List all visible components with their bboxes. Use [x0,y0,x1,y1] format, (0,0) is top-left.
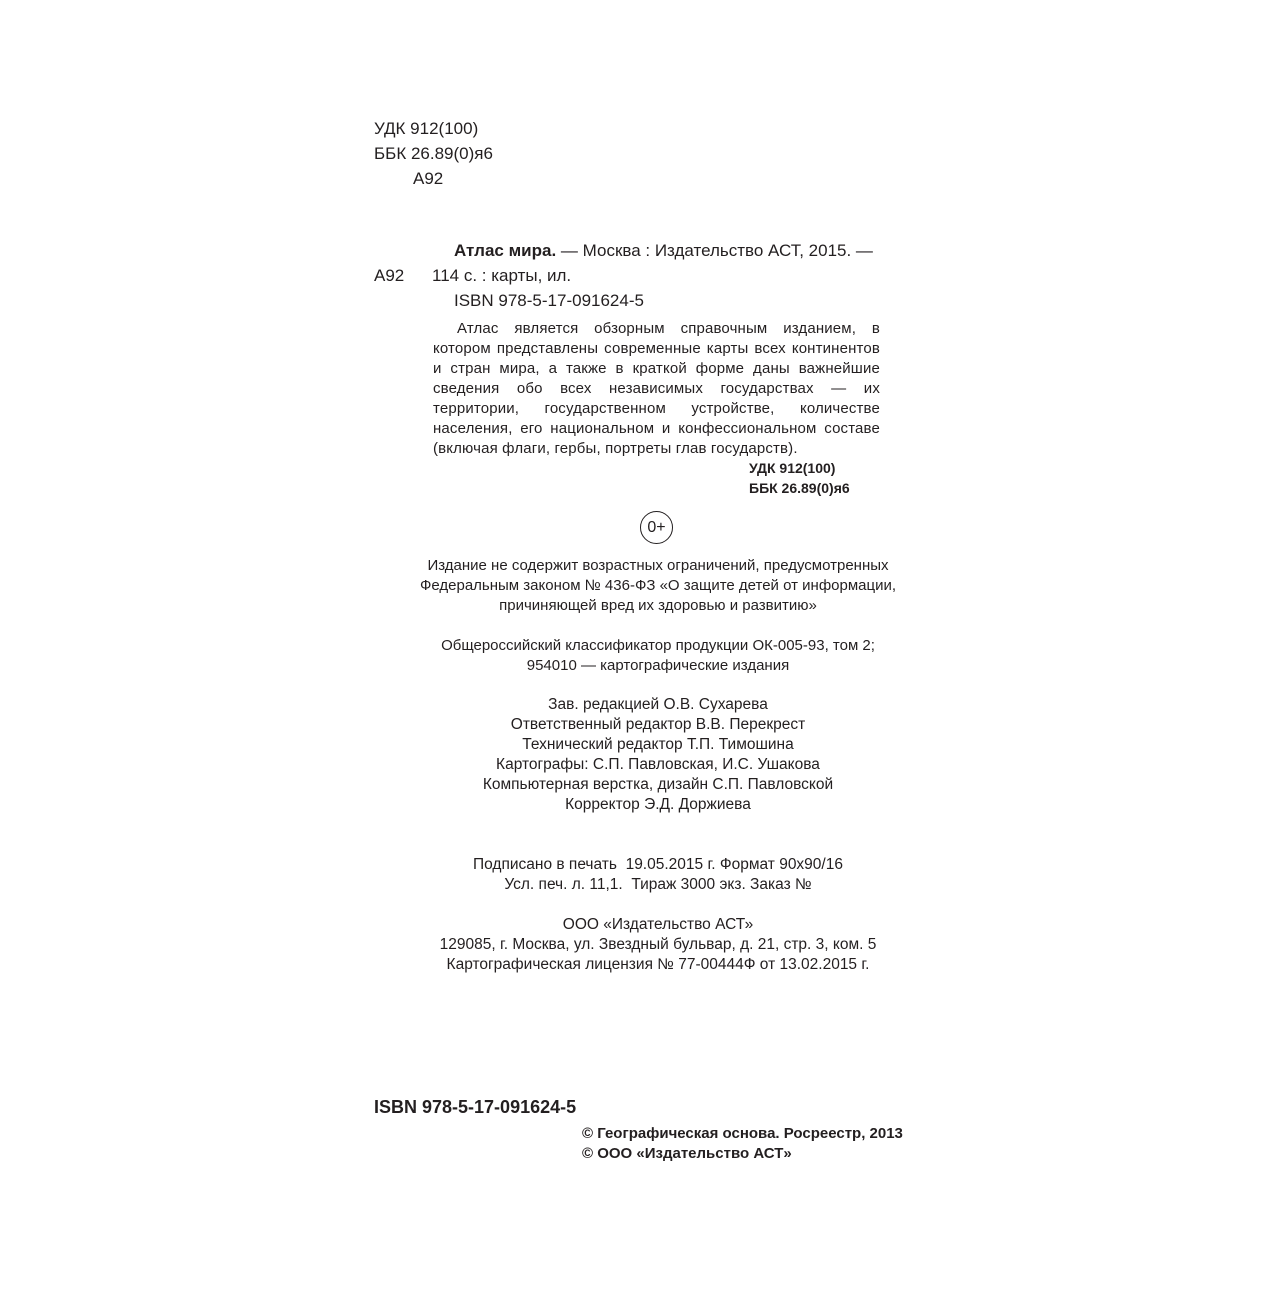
catalog-pages-line: А92 114 с. : карты, ил. [374,263,934,288]
staff-line: Картографы: С.П. Павловская, И.С. Ушаков… [0,755,1270,775]
imprint: — Москва : Издательство АСТ, 2015. — [556,241,873,260]
catalog-title-line: Атлас мира. — Москва : Издательство АСТ,… [374,238,934,263]
copyright-line: © ООО «Издательство АСТ» [582,1144,903,1164]
age-rating-label: 0+ [647,519,665,537]
abstract-bbk: ББК 26.89(0)я6 [749,478,850,498]
okp-line: Общероссийский классификатор продукции О… [0,636,1270,656]
print-info-line: Подписано в печать 19.05.2015 г. Формат … [0,855,1270,875]
publisher-name: ООО «Издательство АСТ» [0,915,1270,935]
staff-line: Зав. редакцией О.В. Сухарева [0,695,1270,715]
staff-line: Технический редактор Т.П. Тимошина [0,735,1270,755]
book-title: Атлас мира. [454,241,556,260]
okp-classifier: Общероссийский классификатор продукции О… [0,636,1270,676]
age-rating-badge: 0+ [640,511,673,544]
age-notice-line: Федеральным законом № 436-ФЗ «О защите д… [0,576,1270,596]
age-notice-line: причиняющей вред их здоровью и развитию» [0,596,1270,616]
okp-line: 954010 — картографические издания [0,656,1270,676]
staff-line: Корректор Э.Д. Доржиева [0,795,1270,815]
card-isbn: ISBN 978-5-17-091624-5 [374,288,934,313]
age-notice: Издание не содержит возрастных ограничен… [0,556,1270,616]
classification-codes: УДК 912(100) ББК 26.89(0)я6 А92 [374,116,493,191]
author-mark: А92 [374,166,493,191]
copyrights: © Географическая основа. Росреестр, 2013… [582,1124,903,1164]
abstract-udk: УДК 912(100) [749,458,850,478]
editorial-staff: Зав. редакцией О.В. Сухарева Ответственн… [0,695,1270,815]
print-info-line: Усл. печ. л. 11,1. Тираж 3000 экз. Заказ… [0,875,1270,895]
age-notice-line: Издание не содержит возрастных ограничен… [0,556,1270,576]
abstract-codes: УДК 912(100) ББК 26.89(0)я6 [749,458,850,498]
card-author-mark: А92 [374,263,432,288]
isbn-bottom: ISBN 978-5-17-091624-5 [374,1095,576,1119]
abstract-text: Атлас является обзорным справочным издан… [433,319,880,459]
staff-line: Ответственный редактор В.В. Перекрест [0,715,1270,735]
print-info: Подписано в печать 19.05.2015 г. Формат … [0,855,1270,895]
pages-info: 114 с. : карты, ил. [432,263,571,288]
staff-line: Компьютерная верстка, дизайн С.П. Павлов… [0,775,1270,795]
catalog-card: Атлас мира. — Москва : Издательство АСТ,… [374,238,934,313]
publisher-license: Картографическая лицензия № 77-00444Ф от… [0,955,1270,975]
publisher-address: 129085, г. Москва, ул. Звездный бульвар,… [0,935,1270,955]
bbk-code: ББК 26.89(0)я6 [374,141,493,166]
publisher-info: ООО «Издательство АСТ» 129085, г. Москва… [0,915,1270,975]
copyright-line: © Географическая основа. Росреестр, 2013 [582,1124,903,1144]
udk-code: УДК 912(100) [374,116,493,141]
